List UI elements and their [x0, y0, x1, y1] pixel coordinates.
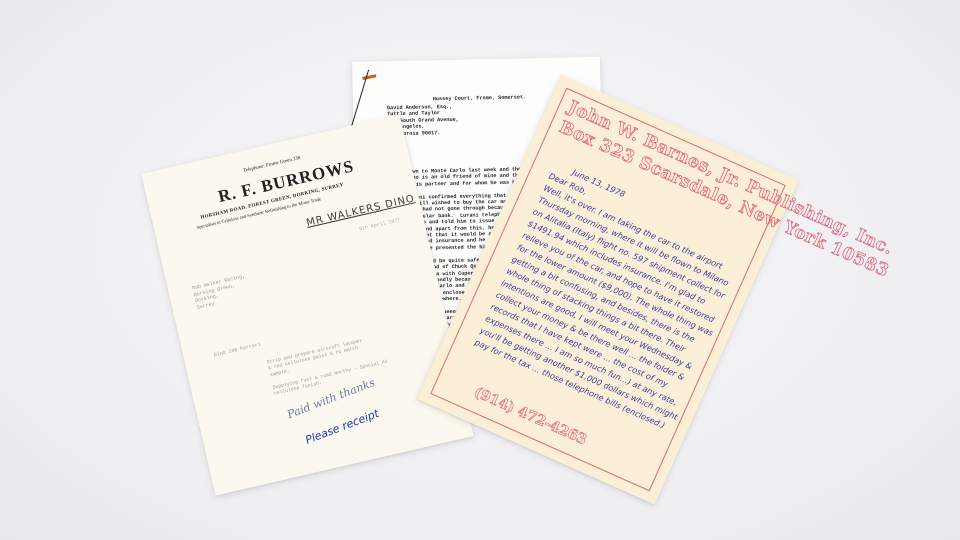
torn-edge — [351, 70, 369, 128]
recipient-address: Rob Walker Racing, Dorking Green, Dorkin… — [192, 273, 250, 310]
handwritten-note: Please receipt — [304, 407, 381, 447]
letter-date: 5th April 1977 — [359, 217, 401, 232]
sender-address: Hussey Court, Frome, Somerset. — [433, 94, 527, 102]
handwritten-title: MR WALKERS DINO — [305, 193, 415, 229]
reference-line: Dino 246 Ferrari — [213, 342, 261, 359]
